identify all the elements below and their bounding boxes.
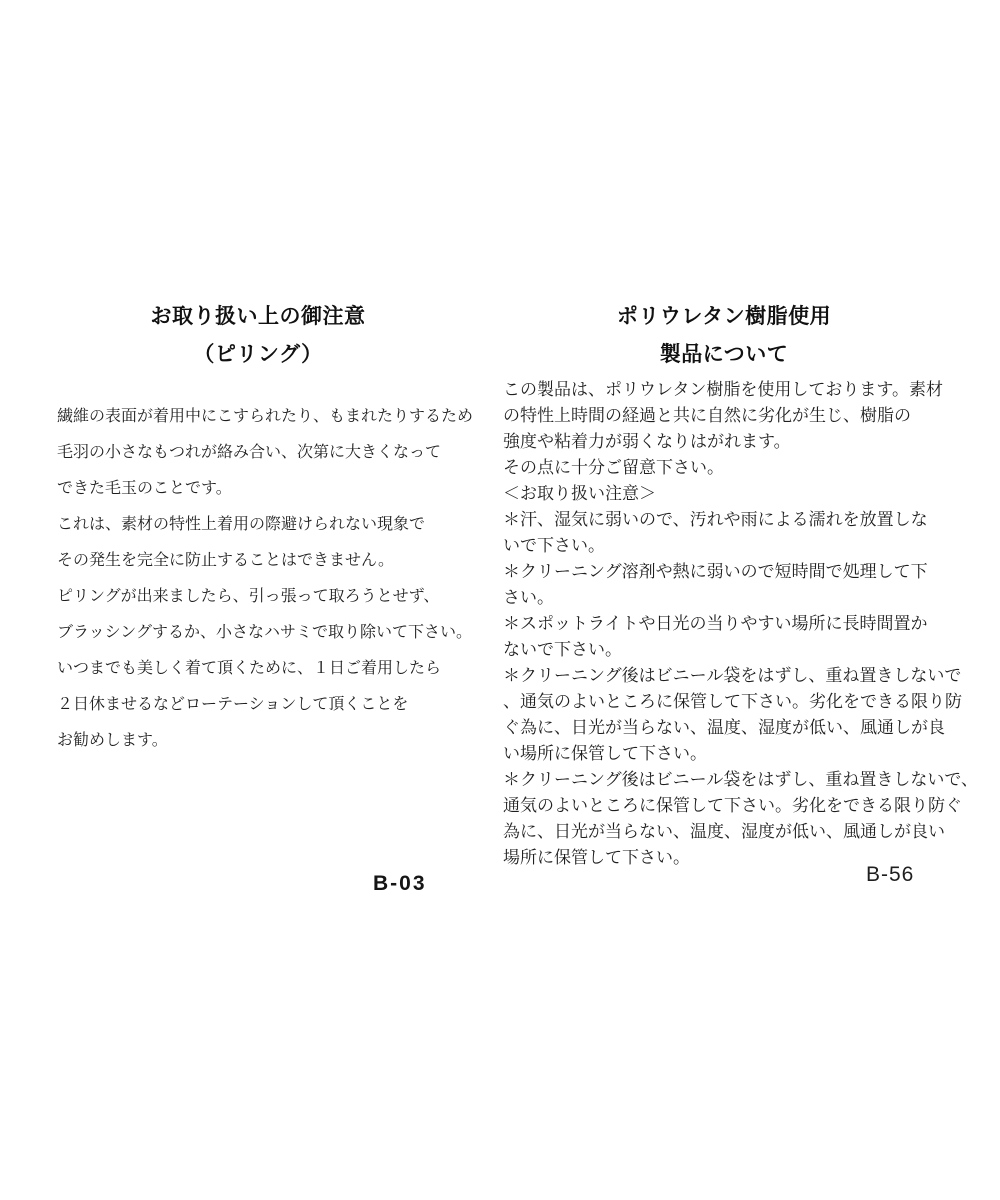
care-label-document: お取り扱い上の御注意 （ピリング） 繊維の表面が着用中にこすられたり、もまれたり… <box>0 0 1000 1200</box>
left-column-code-label: B-03 <box>373 872 427 896</box>
right-column-code-label: B-56 <box>866 863 914 887</box>
left-column-body-text: 繊維の表面が着用中にこすられたり、もまれたりするため 毛羽の小さなもつれが絡み合… <box>57 399 497 759</box>
left-column-heading: お取り扱い上の御注意 （ピリング） <box>48 298 468 374</box>
right-column-heading: ポリウレタン樹脂使用 製品について <box>504 298 944 374</box>
right-column-body-text: この製品は、ポリウレタン樹脂を使用しております。素材 の特性上時間の経過と共に自… <box>503 377 983 871</box>
